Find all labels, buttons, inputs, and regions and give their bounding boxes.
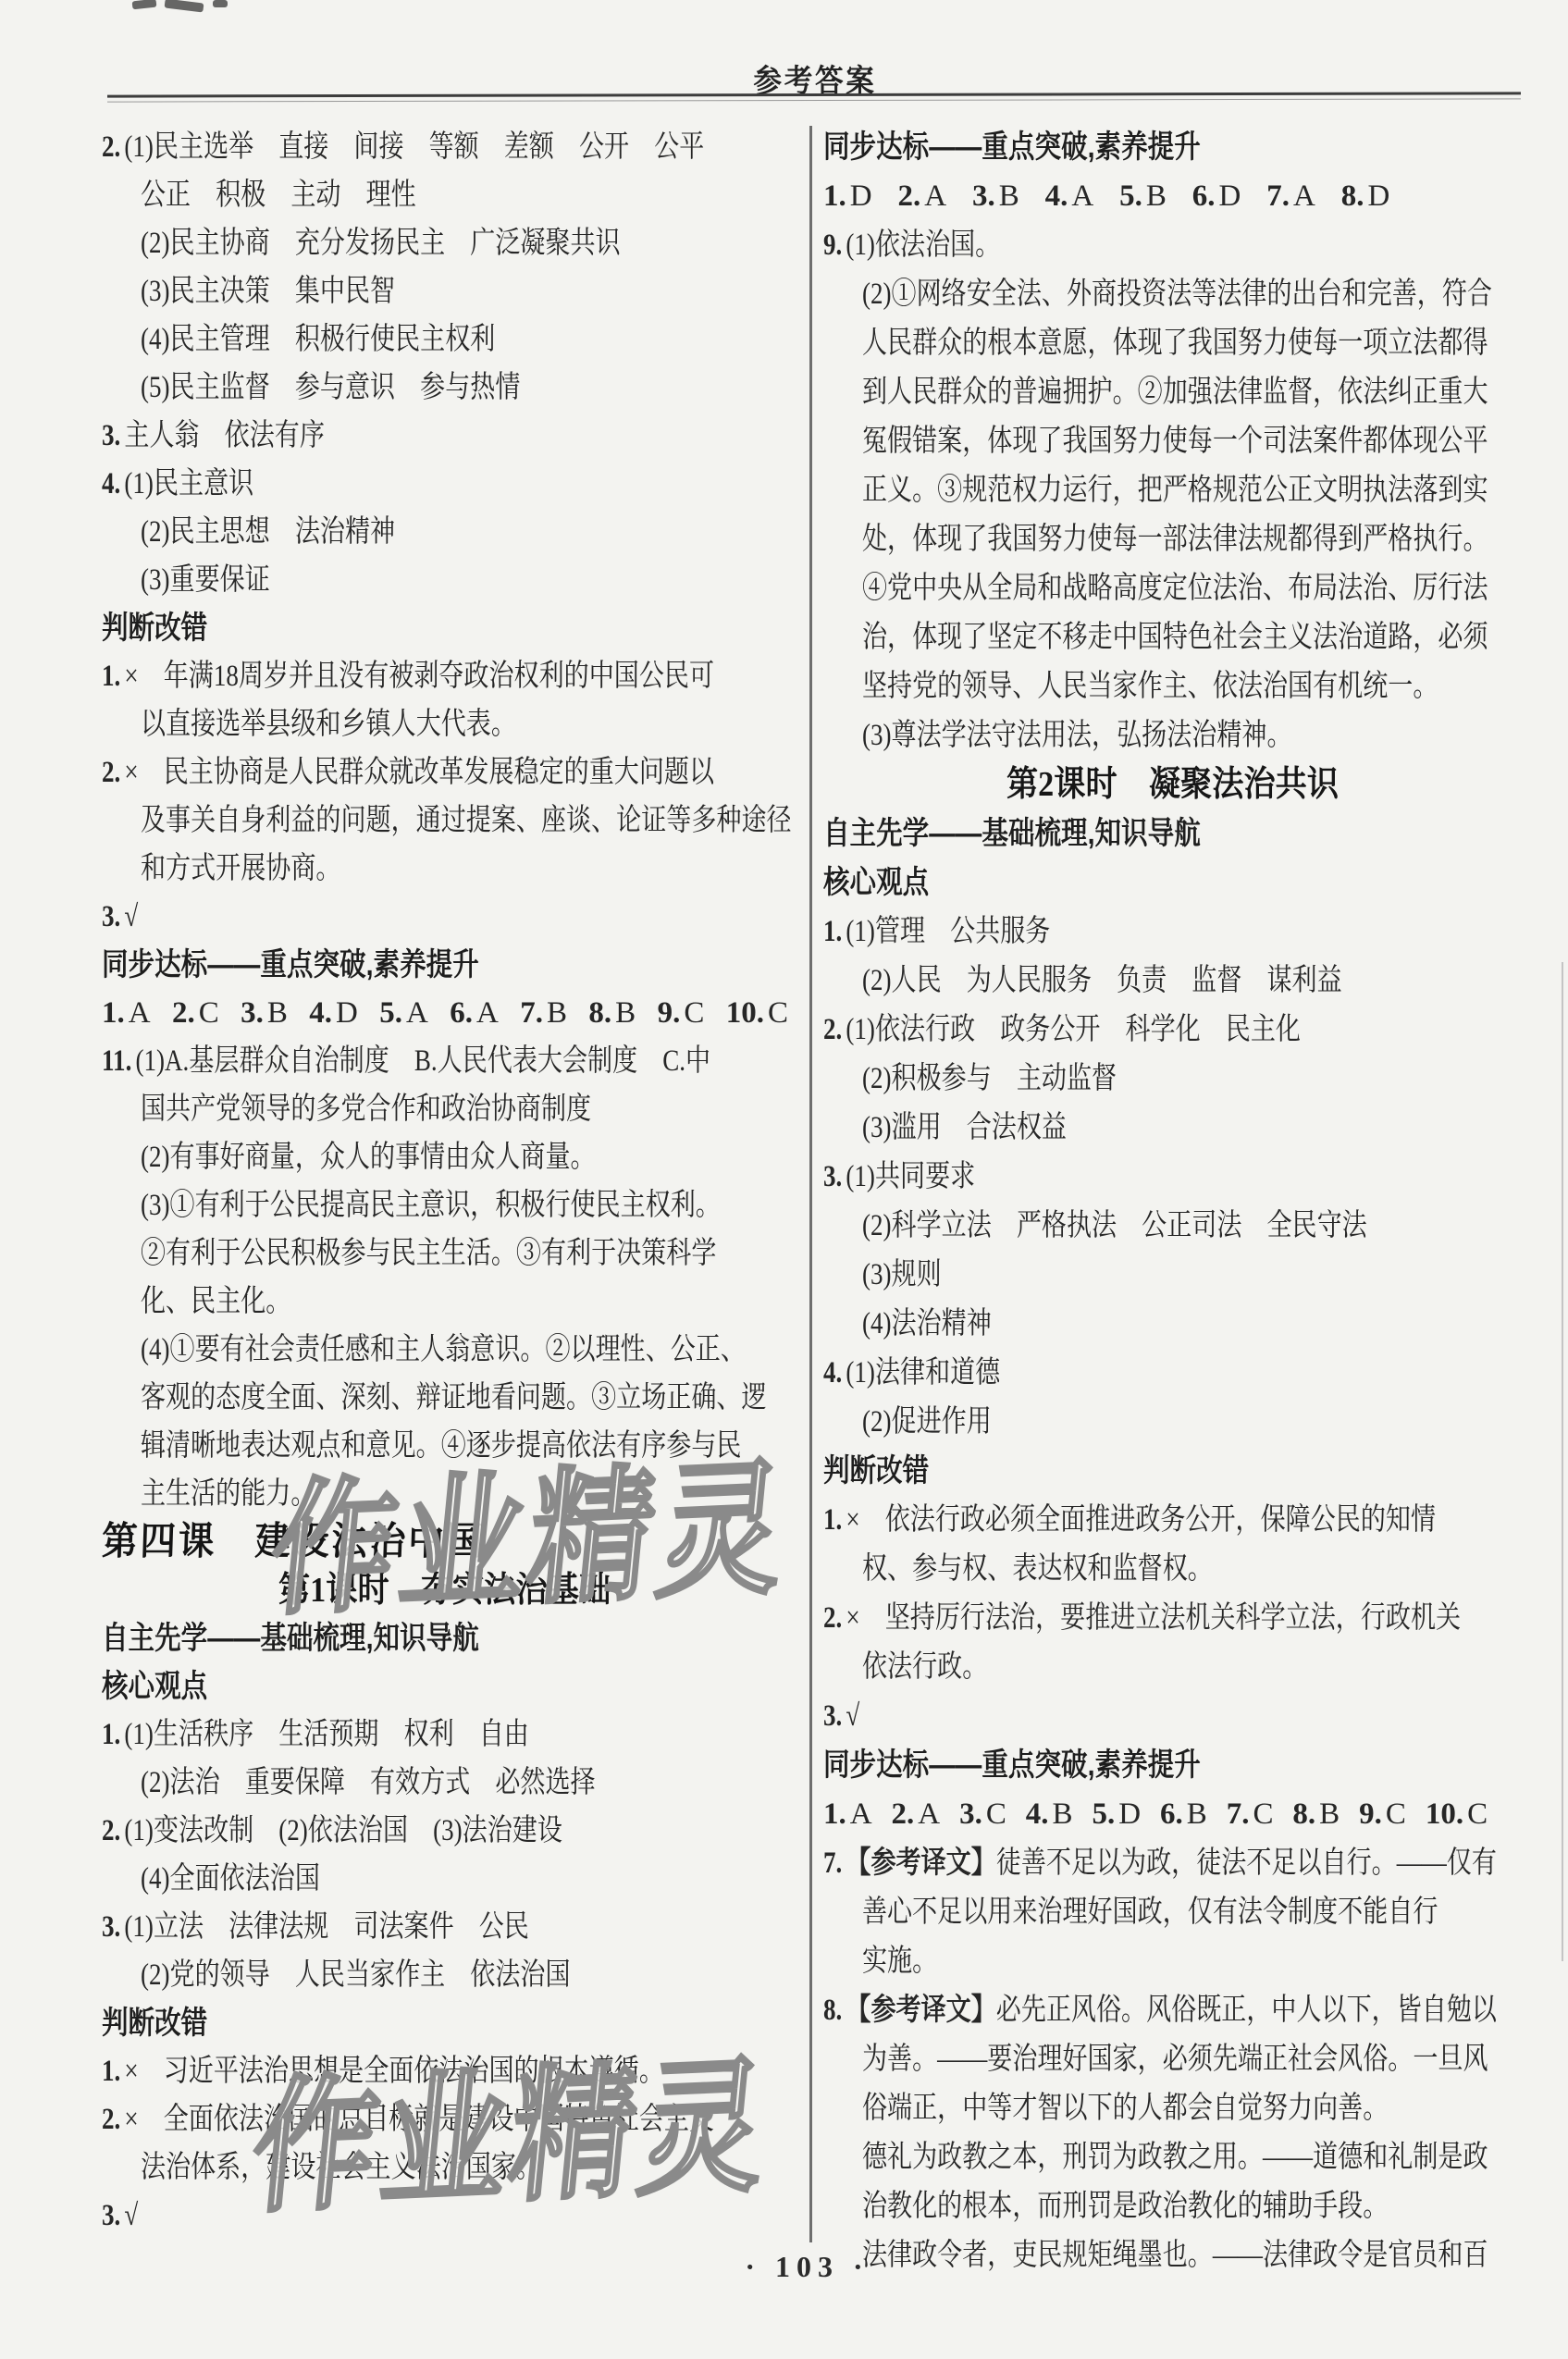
answer-line: 2.(1)依法行政 政务公开 科学化 民主化 [823,1006,1523,1055]
line-text: (4)全面依法治国 [141,1862,320,1896]
line-text: (3)重要保证 [141,563,270,597]
line-text: (3)尊法学法守法用法，弘扬法治精神。 [862,719,1292,752]
line-text-wrap: (2)人民 为人民服务 负责 监督 谋利益 [862,957,1342,1006]
choice-answer: 9.C [1359,1790,1406,1839]
answer-line: 2.× 坚持厉行法治，要推进立法机关科学立法，行政机关 [823,1594,1523,1643]
line-text: 善心不足以用来治理好国政，仅有法令制度不能自行 [862,1896,1438,1929]
answer-line: 处，体现了我国努力使每一部法律法规都得到严格执行。 [823,515,1523,564]
line-text: × 依法行政必须全面推进政务公开，保障公民的知情 [846,1503,1436,1537]
line-text-wrap: 3.√ [823,1692,859,1741]
choice-letter: D [1364,179,1389,213]
item-number: 3. [241,996,264,1030]
choice-letter: B [611,996,636,1030]
line-text: 同步达标——重点突破,素养提升 [823,1748,1201,1783]
answer-line: (2)促进作用 [823,1398,1523,1447]
watermark: 作业精灵 [245,2048,776,2229]
line-text-wrap: 4.(1)民主意识 [102,460,253,508]
line-text-wrap: (2)有事好商量，众人的事情由众人商量。 [141,1133,596,1181]
line-text-wrap: 9.(1)依法治国。 [823,221,1000,270]
answer-line: (4)民主管理 积极行使民主权利 [102,315,788,364]
line-text-wrap: 第2课时 凝聚法治共识 [1006,760,1339,809]
line-text-wrap: (2)民主协商 充分发扬民主 广泛凝聚共识 [141,219,621,267]
line-text-wrap: 到人民群众的普遍拥护。②加强法律监督，依法纠正重大 [862,368,1488,417]
answer-line: 7.【参考译文】徒善不足以为政，徒法不足以自行。——仅有 [823,1839,1523,1888]
line-text: 治教化的根本，而刑罚是政治教化的辅助手段。 [862,2190,1388,2223]
choice-answer: 4.A [1045,172,1094,221]
line-text: (1)立法 法律法规 司法案件 公民 [124,1910,528,1944]
choice-answer: 2.A [892,1790,941,1839]
line-text-wrap: 核心观点 [102,1662,207,1711]
answer-line: (2)积极参与 主动监督 [823,1055,1523,1104]
item-number: 3. [823,1160,846,1193]
choice-answer: 7.A [1266,172,1315,221]
line-text: 核心观点 [823,865,929,900]
answer-line: 治教化的根本，而刑罚是政治教化的辅助手段。 [823,2182,1523,2231]
item-number: 3. [102,419,124,452]
line-text: (1)依法行政 政务公开 科学化 民主化 [846,1013,1301,1046]
choice-answer: 5.D [1092,1790,1141,1839]
line-text: 必先正风俗。风俗既正，中人以下，皆自勉以 [996,1994,1497,2027]
line-text-wrap: (4)①要有社会责任感和主人翁意识。②以理性、公正、 [141,1326,746,1374]
item-number: 2. [102,130,124,164]
item-number: 2. [892,1797,915,1831]
line-text-wrap: (4)法治精神 [862,1300,992,1349]
line-text-wrap: 4.(1)法律和道德 [823,1349,1000,1398]
line-text: (1)管理 公共服务 [846,915,1050,948]
choice-letter: B [543,996,567,1030]
line-text: ②有利于公民积极参与民主生活。③有利于决策科学 [141,1237,716,1270]
answer-line: 治，体现了坚定不移走中国特色社会主义法治道路，必须 [823,613,1523,662]
item-number: 5. [1092,1797,1115,1831]
item-number: 8. [823,1994,846,2027]
line-text: 到人民群众的普遍拥护。②加强法律监督，依法纠正重大 [862,376,1488,409]
line-text: 同步达标——重点突破,素养提升 [102,947,479,982]
line-text-wrap: 客观的态度全面、深刻、辩证地看问题。③立场正确、逻 [141,1374,767,1422]
answer-line: (2)民主思想 法治精神 [102,508,788,556]
line-text-wrap: (3)尊法学法守法用法，弘扬法治精神。 [862,711,1292,760]
answer-line: (2)民主协商 充分发扬民主 广泛凝聚共识 [102,219,788,267]
choice-letter: D [1115,1797,1141,1831]
answer-line: 3.√ [102,893,788,941]
answer-line: (3)重要保证 [102,556,788,604]
ref-label: 【参考译文】 [846,1846,995,1880]
item-number: 7. [520,996,543,1030]
line-text: (3)①有利于公民提高民主意识，积极行使民主权利。 [141,1189,721,1222]
line-text: 坚持党的领导、人民当家作主、依法治国有机统一。 [862,670,1438,703]
line-text: (1)依法治国。 [846,228,1000,262]
item-number: 3. [102,900,124,933]
line-text: 以直接选举县级和乡镇人大代表。 [141,708,516,741]
item-number: 1. [823,915,846,948]
line-text: 第2课时 凝聚法治共识 [1006,765,1339,804]
page-edge-line [1562,962,1563,1961]
watermark: 作业精灵 [264,1451,795,1631]
item-number: 8. [1292,1797,1315,1831]
line-text: 化、民主化。 [141,1285,290,1318]
line-text-wrap: 以直接选举县级和乡镇人大代表。 [141,700,516,748]
section-heading: 自主先学——基础梳理,知识导航 [823,809,1523,858]
choice-letter: C [764,996,788,1030]
answer-line: (2)人民 为人民服务 负责 监督 谋利益 [823,957,1523,1006]
answer-line: 坚持党的领导、人民当家作主、依法治国有机统一。 [823,662,1523,711]
line-text: × 民主协商是人民群众就改革发展稳定的重大问题以 [124,756,714,789]
line-text: 主人翁 依法有序 [124,419,324,452]
answer-line: (4)①要有社会责任感和主人翁意识。②以理性、公正、 [102,1326,788,1374]
answer-line: (3)滥用 合法权益 [823,1104,1523,1153]
right-column: 同步达标——重点突破,素养提升1.D2.A3.B4.A5.B6.D7.A8.D9… [823,123,1523,2280]
line-text-wrap: (4)全面依法治国 [141,1855,320,1903]
item-number: 6. [450,996,473,1030]
choice-letter: D [332,996,358,1030]
line-text-wrap: 善心不足以用来治理好国政，仅有法令制度不能自行 [862,1888,1438,1937]
line-text: (2)促进作用 [862,1405,992,1439]
line-text: 徒善不足以为政，徒法不足以自行。——仅有 [996,1846,1497,1880]
answer-line: 2.(1)民主选举 直接 间接 等额 差额 公开 公平 [102,123,788,171]
item-number: 7. [1227,1797,1250,1831]
answer-line: 及事关自身利益的问题，通过提案、座谈、论证等多种途径 [102,797,788,845]
item-number: 1. [102,660,124,693]
item-number: 7. [1266,179,1290,213]
answer-line: 4.(1)法律和道德 [823,1349,1523,1398]
section-heading: 同步达标——重点突破,素养提升 [823,123,1523,172]
item-number: 2. [102,2103,124,2136]
answer-line: 2.× 民主协商是人民群众就改革发展稳定的重大问题以 [102,748,788,797]
line-text: (2)民主思想 法治精神 [141,515,395,549]
choice-letter: A [920,179,946,213]
line-text: 依法行政。 [862,1650,987,1684]
line-text: 公正 积极 主动 理性 [141,179,416,212]
answer-line: 化、民主化。 [102,1278,788,1326]
line-text: 判断改错 [102,611,207,646]
line-text-wrap: 核心观点 [823,858,929,908]
item-number: 3. [959,1797,982,1831]
line-text: 人民群众的根本意愿，体现了我国努力使每一项立法都得 [862,327,1488,360]
item-number: 2. [172,996,195,1030]
line-text-wrap: (2)积极参与 主动监督 [862,1055,1117,1104]
line-text-wrap: (2)促进作用 [862,1398,992,1447]
item-number: 3. [972,179,995,213]
answer-line: 为善。——要治理好国家，必须先端正社会风俗。一旦风 [823,2035,1523,2084]
item-number: 2. [102,1814,124,1847]
item-number: 4. [1026,1797,1049,1831]
section-heading: 核心观点 [823,858,1523,908]
line-text: √ [846,1699,859,1733]
line-text-wrap: 化、民主化。 [141,1278,290,1326]
column-divider [809,126,812,2242]
answer-line: 3.(1)立法 法律法规 司法案件 公民 [102,1903,788,1951]
lesson-title: 第2课时 凝聚法治共识 [823,760,1523,809]
answer-line: 依法行政。 [823,1643,1523,1692]
item-number: 9. [658,996,681,1030]
line-text-wrap: (4)民主管理 积极行使民主权利 [141,315,495,364]
choice-answer: 5.A [379,989,428,1037]
choice-answer: 1.D [823,172,872,221]
line-text: (3)民主决策 集中民智 [141,275,395,308]
line-text-wrap: 处，体现了我国努力使每一部法律法规都得到严格执行。 [862,515,1488,564]
line-text-wrap: 3.(1)立法 法律法规 司法案件 公民 [102,1903,529,1951]
line-text: (1)民主意识 [124,467,253,500]
page-number: · 103 · [0,2250,1568,2284]
answer-line: 3.√ [823,1692,1523,1741]
line-text: 为善。——要治理好国家，必须先端正社会风俗。一旦风 [862,2043,1488,2076]
line-text-wrap: (2)①网络安全法、外商投资法等法律的出台和完善，符合 [862,270,1492,319]
line-text-wrap: 判断改错 [823,1447,929,1496]
section-heading: 核心观点 [102,1662,788,1711]
line-text: 正义。③规范权力运行，把严格规范公正文明执法落到实 [862,474,1488,507]
line-text-wrap: 11.(1)A.基层群众自治制度 B.人民代表大会制度 C.中 [102,1037,710,1085]
answer-line: 11.(1)A.基层群众自治制度 B.人民代表大会制度 C.中 [102,1037,788,1085]
item-number: 11. [102,1044,135,1078]
line-text-wrap: 为善。——要治理好国家，必须先端正社会风俗。一旦风 [862,2035,1488,2084]
line-text: 判断改错 [823,1453,929,1488]
line-text-wrap: 权、参与权、表达权和监督权。 [862,1545,1213,1594]
line-text-wrap: 1.(1)管理 公共服务 [823,908,1050,957]
answer-line: 1.(1)管理 公共服务 [823,908,1523,957]
line-text: (1)生活秩序 生活预期 权利 自由 [124,1718,528,1751]
line-text: × 年满18周岁并且没有被剥夺政治权利的中国公民可 [124,660,714,693]
answer-line: 以直接选举县级和乡镇人大代表。 [102,700,788,748]
item-number: 1. [102,1718,124,1751]
choice-answer: 7.B [520,989,567,1037]
line-text-wrap: (3)重要保证 [141,556,270,604]
line-text-wrap: 2.(1)变法改制 (2)依法治国 (3)法治建设 [102,1807,562,1855]
answer-line: 国共产党领导的多党合作和政治协商制度 [102,1085,788,1133]
answer-line: 9.(1)依法治国。 [823,221,1523,270]
line-text-wrap: 正义。③规范权力运行，把严格规范公正文明执法落到实 [862,466,1488,515]
choice-answer: 10.C [1426,1790,1488,1839]
item-number: 5. [379,996,402,1030]
item-number: 5. [1119,179,1142,213]
answer-line: 3.主人翁 依法有序 [102,412,788,460]
line-text-wrap: 2.× 民主协商是人民群众就改革发展稳定的重大问题以 [102,748,714,797]
choice-letter: C [1463,1797,1488,1831]
choice-answers-row: 1.D2.A3.B4.A5.B6.D7.A8.D [823,172,1389,221]
answer-line: 俗端正，中等才智以下的人都会自觉努力向善。 [823,2084,1523,2133]
section-heading: 判断改错 [102,604,788,652]
choice-letter: B [1183,1797,1207,1831]
choice-answer: 2.C [172,989,219,1037]
page: 参考答案 2.(1)民主选举 直接 间接 等额 差额 公开 公平公正 积极 主动… [0,0,1568,2359]
answer-line: ④党中央从全局和战略高度定位法治、布局法治、厉行法 [823,564,1523,613]
line-text-wrap: 3.√ [102,2192,138,2240]
line-text: 和方式开展协商。 [141,852,340,885]
item-number: 6. [1160,1797,1183,1831]
line-text: 俗端正，中等才智以下的人都会自觉努力向善。 [862,2092,1388,2125]
ref-label: 【参考译文】 [846,1994,995,2027]
item-number: 2. [823,1601,846,1635]
choice-answer: 6.D [1192,172,1241,221]
answer-line: 8.【参考译文】必先正风俗。风俗既正，中人以下，皆自勉以 [823,1986,1523,2035]
choice-letter: B [1142,179,1167,213]
scan-smudge [213,0,228,7]
item-number: 3. [823,1699,846,1733]
choice-answer: 4.B [1026,1790,1073,1839]
line-text-wrap: 冤假错案，体现了我国努力使每一个司法案件都体现公平 [862,417,1488,466]
line-text: (2)有事好商量，众人的事情由众人商量。 [141,1141,596,1174]
choice-answer: 10.C [726,989,788,1037]
line-text-wrap: 1.× 年满18周岁并且没有被剥夺政治权利的中国公民可 [102,652,714,700]
line-text: (3)规则 [862,1258,942,1291]
answer-line: 客观的态度全面、深刻、辩证地看问题。③立场正确、逻 [102,1374,788,1422]
line-text-wrap: (2)科学立法 严格执法 公正司法 全民守法 [862,1202,1367,1251]
choice-letter: C [1249,1797,1273,1831]
item-number: 10. [1426,1797,1463,1831]
answer-line: 和方式开展协商。 [102,845,788,893]
item-number: 4. [823,1356,846,1389]
line-text: (4)民主管理 积极行使民主权利 [141,323,495,356]
line-text-wrap: 坚持党的领导、人民当家作主、依法治国有机统一。 [862,662,1438,711]
line-text-wrap: 8.【参考译文】必先正风俗。风俗既正，中人以下，皆自勉以 [823,1986,1497,2035]
choice-letter: C [1382,1797,1406,1831]
item-number: 4. [1045,179,1068,213]
line-text-wrap: (5)民主监督 参与意识 参与热情 [141,364,520,412]
item-number: 1. [823,179,846,213]
line-text-wrap: (2)党的领导 人民当家作主 依法治国 [141,1951,571,1999]
line-text: 判断改错 [102,2006,207,2041]
line-text: (5)民主监督 参与意识 参与热情 [141,371,520,404]
line-text-wrap: ④党中央从全局和战略高度定位法治、布局法治、厉行法 [862,564,1488,613]
item-number: 6. [1192,179,1216,213]
choice-letter: A [473,996,499,1030]
choice-letter: D [846,179,872,213]
line-text-wrap: 国共产党领导的多党合作和政治协商制度 [141,1085,591,1133]
line-text: 核心观点 [102,1669,207,1704]
choice-answer: 8.B [588,989,636,1037]
choice-answer: 3.B [241,989,288,1037]
line-text-wrap: 俗端正，中等才智以下的人都会自觉努力向善。 [862,2084,1388,2133]
choice-letter: C [680,996,704,1030]
line-text-wrap: 人民群众的根本意愿，体现了我国努力使每一项立法都得 [862,319,1488,368]
line-text-wrap: 2.(1)民主选举 直接 间接 等额 差额 公开 公平 [102,123,704,171]
line-text: 国共产党领导的多党合作和政治协商制度 [141,1093,591,1126]
choice-letter: C [195,996,219,1030]
choice-answer: 6.A [450,989,499,1037]
answer-line: 1.(1)生活秩序 生活预期 权利 自由 [102,1711,788,1759]
page-number-text: · 103 · [745,2250,869,2284]
answer-line: 实施。 [823,1937,1523,1986]
section-heading: 同步达标——重点突破,素养提升 [102,941,788,989]
choice-answers-row: 1.A2.C3.B4.D5.A6.A7.B8.B9.C10.C [102,989,788,1037]
choice-letter: B [1315,1797,1340,1831]
answer-line: 人民群众的根本意愿，体现了我国努力使每一项立法都得 [823,319,1523,368]
item-number: 8. [1341,179,1364,213]
item-number: 1. [823,1797,846,1831]
answer-line: (3)民主决策 集中民智 [102,267,788,315]
choice-answer: 6.B [1160,1790,1207,1839]
item-number: 4. [309,996,332,1030]
line-text-wrap: 和方式开展协商。 [141,845,340,893]
item-number: 1. [102,2055,124,2088]
answer-line: (3)尊法学法守法用法，弘扬法治精神。 [823,711,1523,760]
choice-letter: B [264,996,288,1030]
item-number: 2. [102,756,124,789]
choice-letter: D [1216,179,1241,213]
choice-letter: B [995,179,1019,213]
choice-answer: 1.A [823,1790,872,1839]
choice-letter: B [1049,1797,1073,1831]
answer-line: 正义。③规范权力运行，把严格规范公正文明执法落到实 [823,466,1523,515]
item-number: 8. [588,996,611,1030]
answer-line: (3)规则 [823,1251,1523,1300]
line-text-wrap: 2.× 坚持厉行法治，要推进立法机关科学立法，行政机关 [823,1594,1461,1643]
line-text-wrap: 判断改错 [102,1999,207,2047]
line-text: (4)①要有社会责任感和主人翁意识。②以理性、公正、 [141,1333,746,1366]
answer-line: (2)①网络安全法、外商投资法等法律的出台和完善，符合 [823,270,1523,319]
line-text-wrap: 同步达标——重点突破,素养提升 [823,123,1201,172]
line-text: (4)法治精神 [862,1307,992,1340]
line-text-wrap: (3)①有利于公民提高民主意识，积极行使民主权利。 [141,1181,721,1229]
line-text: 同步达标——重点突破,素养提升 [823,130,1201,165]
line-text: (1)变法改制 (2)依法治国 (3)法治建设 [124,1814,562,1847]
answer-line: 到人民群众的普遍拥护。②加强法律监督，依法纠正重大 [823,368,1523,417]
answer-line: 4.(1)民主意识 [102,460,788,508]
choice-letter: A [1290,179,1315,213]
line-text-wrap: 同步达标——重点突破,素养提升 [102,941,479,989]
section-heading: 判断改错 [823,1447,1523,1496]
line-text: (2)民主协商 充分发扬民主 广泛凝聚共识 [141,227,621,260]
line-text: 客观的态度全面、深刻、辩证地看问题。③立场正确、逻 [141,1381,767,1414]
choice-answer: 8.D [1341,172,1390,221]
line-text: 处，体现了我国努力使每一部法律法规都得到严格执行。 [862,523,1488,556]
item-number: 9. [1359,1797,1382,1831]
answer-line: 善心不足以用来治理好国政，仅有法令制度不能自行 [823,1888,1523,1937]
answer-line: (2)有事好商量，众人的事情由众人商量。 [102,1133,788,1181]
line-text: (2)①网络安全法、外商投资法等法律的出台和完善，符合 [862,278,1492,311]
item-number: 1. [102,996,125,1030]
answer-line: (5)民主监督 参与意识 参与热情 [102,364,788,412]
line-text-wrap: 2.(1)依法行政 政务公开 科学化 民主化 [823,1006,1301,1055]
item-number: 9. [823,228,846,262]
line-text: 德礼为政教之本，刑罚为政教之用。——道德和礼制是政 [862,2141,1488,2174]
line-text: (1)A.基层群众自治制度 B.人民代表大会制度 C.中 [135,1044,710,1078]
choice-answer: 5.B [1119,172,1167,221]
line-text-wrap: (3)民主决策 集中民智 [141,267,395,315]
choice-answer: 8.B [1292,1790,1340,1839]
item-number: 4. [102,467,124,500]
choice-answer: 7.C [1227,1790,1274,1839]
line-text-wrap: 德礼为政教之本，刑罚为政教之用。——道德和礼制是政 [862,2133,1488,2182]
line-text-wrap: 自主先学——基础梳理,知识导航 [823,809,1201,858]
answer-line: 2.(1)变法改制 (2)依法治国 (3)法治建设 [102,1807,788,1855]
choice-answer: 1.A [102,989,151,1037]
choice-answer: 9.C [658,989,705,1037]
line-text: (3)滥用 合法权益 [862,1111,1067,1144]
line-text-wrap: 治，体现了坚定不移走中国特色社会主义法治道路，必须 [862,613,1488,662]
choice-answer: 3.B [972,172,1019,221]
item-number: 2. [897,179,920,213]
line-text: 冤假错案，体现了我国努力使每一个司法案件都体现公平 [862,425,1488,458]
answer-line: 德礼为政教之本，刑罚为政教之用。——道德和礼制是政 [823,2133,1523,2182]
line-text-wrap: (3)规则 [862,1251,942,1300]
line-text-wrap: 依法行政。 [862,1643,987,1692]
line-text-wrap: 1.× 依法行政必须全面推进政务公开，保障公民的知情 [823,1496,1436,1545]
line-text: (1)共同要求 [846,1160,975,1193]
scan-smudge [132,0,157,9]
line-text: 及事关自身利益的问题，通过提案、座谈、论证等多种途径 [141,804,792,837]
choice-letter: A [125,996,151,1030]
line-text: (1)法律和道德 [846,1356,1000,1389]
choice-answer: 4.D [309,989,358,1037]
line-text: (1)民主选举 直接 间接 等额 差额 公开 公平 [124,130,704,164]
line-text-wrap: 治教化的根本，而刑罚是政治教化的辅助手段。 [862,2182,1388,2231]
answer-line: 3.(1)共同要求 [823,1153,1523,1202]
answer-line: 公正 积极 主动 理性 [102,171,788,219]
line-text-wrap: (2)民主思想 法治精神 [141,508,395,556]
choice-letter: C [982,1797,1006,1831]
line-text: 自主先学——基础梳理,知识导航 [823,816,1201,851]
line-text-wrap: 3.(1)共同要求 [823,1153,975,1202]
line-text: (2)积极参与 主动监督 [862,1062,1117,1095]
